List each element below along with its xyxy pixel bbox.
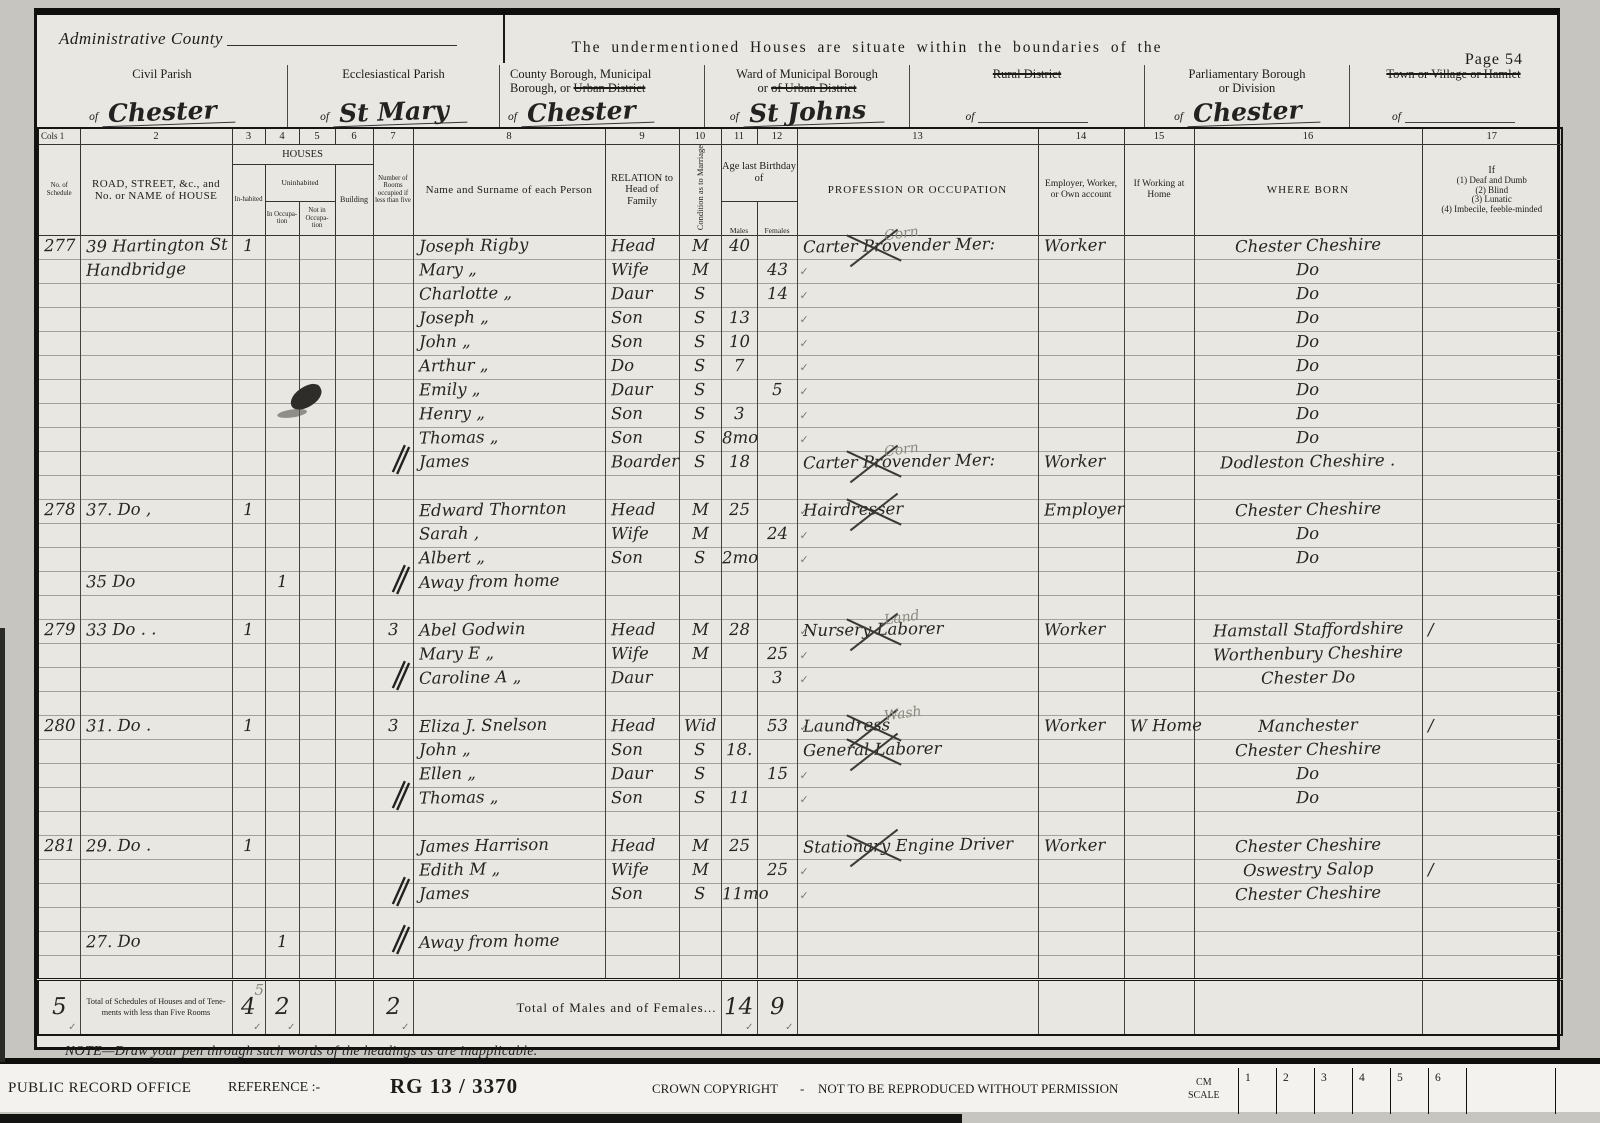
- head-houses: HOUSES: [232, 145, 373, 165]
- cell-where-born: Do: [1194, 379, 1422, 403]
- cell-infirmity: [1422, 763, 1562, 787]
- cell-road: [80, 667, 232, 691]
- cell-relation: [605, 907, 679, 931]
- condition-value: S: [694, 454, 706, 471]
- table-row: 27739 Hartington St1Joseph RigbyHeadM40C…: [38, 235, 1562, 259]
- cell-name: Thomas „: [413, 427, 605, 451]
- cell-infirmity: [1422, 451, 1562, 475]
- cell-road: 33 Do . .: [80, 619, 232, 643]
- cell-condition: [679, 931, 721, 955]
- cell-uninhabited-not: [299, 547, 335, 571]
- cell-home: [1124, 667, 1194, 691]
- cell-name: Mary „: [413, 259, 605, 283]
- cell-occupation: ✓: [797, 283, 1038, 307]
- cell-infirmity: [1422, 595, 1562, 619]
- cell-uninhabited-occ: [265, 595, 299, 619]
- cell-where-born: [1194, 907, 1422, 931]
- cell-age-males: 11mo: [721, 883, 757, 907]
- where-born-value: Do: [1296, 382, 1319, 399]
- cell-employer: [1038, 379, 1124, 403]
- cell-uninhabited-not: [299, 427, 335, 451]
- cell-age-females: [757, 907, 797, 931]
- cell-employer: [1038, 643, 1124, 667]
- pencil-tick: ✓: [800, 505, 809, 518]
- name-value: Mary „: [413, 262, 476, 280]
- cell-home: [1124, 595, 1194, 619]
- cell-uninhabited-occ: [265, 763, 299, 787]
- cell-road: 39 Hartington St: [80, 235, 232, 259]
- cell-inhabited: [232, 259, 265, 283]
- pencil-tick: ✓: [800, 289, 809, 302]
- cell-age-males: [721, 283, 757, 307]
- cell-condition: S: [679, 763, 721, 787]
- rooms-value: 3: [388, 622, 399, 639]
- cell-uninhabited-occ: [265, 883, 299, 907]
- rooms-value: 3: [388, 718, 399, 735]
- cell-age-females: [757, 427, 797, 451]
- cell-uninhabited-occ: [265, 715, 299, 739]
- cell-name: Henry „: [413, 403, 605, 427]
- pencil-tick: ✓: [800, 553, 809, 566]
- cell-rooms: [373, 595, 413, 619]
- table-row: Emily „DaurS5✓Do: [38, 379, 1562, 403]
- cell-home: [1124, 859, 1194, 883]
- cell-name: Joseph „: [413, 307, 605, 331]
- cell-age-males: [721, 763, 757, 787]
- cell-home: [1124, 787, 1194, 811]
- cell-name: [413, 907, 605, 931]
- cell-condition: M: [679, 643, 721, 667]
- where-born-value: Dodleston Cheshire .: [1220, 453, 1395, 473]
- cell-where-born: [1194, 691, 1422, 715]
- field-civil-parish: Civil Parish of Chester: [37, 65, 287, 127]
- head-infirmity: If (1) Deaf and Dumb (2) Blind (3) Lunat…: [1422, 145, 1562, 236]
- infirmity-value: /: [1422, 718, 1433, 735]
- cell-where-born: Dodleston Cheshire .: [1194, 451, 1422, 475]
- cell-name: Sarah ,: [413, 523, 605, 547]
- name-value: Edith M „: [413, 862, 499, 880]
- cell-uninhabited-not: [299, 715, 335, 739]
- cell-occupation: [797, 811, 1038, 835]
- name-value: John „: [413, 334, 470, 351]
- cell-schedule: [38, 811, 80, 835]
- condition-value: M: [691, 838, 708, 855]
- head-building: Building: [335, 165, 373, 236]
- cell-name: Ellen „: [413, 763, 605, 787]
- cell-employer: [1038, 331, 1124, 355]
- occupation-value: Laundress: [797, 718, 889, 736]
- cell-schedule: 277: [38, 235, 80, 259]
- cell-road: [80, 859, 232, 883]
- cell-infirmity: [1422, 499, 1562, 523]
- cell-inhabited: 1: [232, 235, 265, 259]
- cell-uninhabited-not: [299, 283, 335, 307]
- cell-total-females: 9✓: [757, 979, 797, 1035]
- field-ecclesiastical-parish: Ecclesiastical Parish of St Mary: [287, 65, 499, 127]
- cell-building: [335, 427, 373, 451]
- cell-where-born: Worthenbury Cheshire: [1194, 643, 1422, 667]
- cell-home: W Home: [1124, 715, 1194, 739]
- cell-relation: Son: [605, 403, 679, 427]
- cell-age-females: [757, 739, 797, 763]
- cell-infirmity: [1422, 883, 1562, 907]
- relation-value: Wife: [605, 526, 648, 543]
- cell-inhabited: [232, 427, 265, 451]
- infirmity-item-3: (3) Lunatic: [1472, 194, 1512, 204]
- cell-employer: [1038, 907, 1124, 931]
- colnum-4: 4: [265, 128, 299, 145]
- scan-bottom-bar: [0, 1114, 962, 1123]
- employer-value: Worker: [1038, 838, 1105, 856]
- road-value: 33 Do . .: [80, 622, 156, 640]
- table-row: [38, 475, 1562, 499]
- cell-home: [1124, 883, 1194, 907]
- table-row: Albert „SonS2mo✓Do: [38, 547, 1562, 571]
- cell-uninhabited-occ: [265, 955, 299, 979]
- cell-age-males: [721, 523, 757, 547]
- cell-uninhabited-not: [299, 667, 335, 691]
- town-village-label: Town or Village or Hamlet: [1386, 67, 1520, 81]
- road-value: 37. Do ,: [80, 502, 150, 520]
- cell-relation: Boarder: [605, 451, 679, 475]
- cell-name: [413, 811, 605, 835]
- cell-age-females: 5: [757, 379, 797, 403]
- colnum-11: 11: [721, 128, 757, 145]
- colnum-3: 3: [232, 128, 265, 145]
- cell-building: [335, 571, 373, 595]
- cell-occupation: Laundress✓Wash: [797, 715, 1038, 739]
- cell-uninhabited-occ: [265, 331, 299, 355]
- cell-uninhabited-occ: [265, 451, 299, 475]
- pencil-tick: ✓: [800, 361, 809, 374]
- relation-value: Head: [605, 622, 655, 639]
- cell-occupation: ✓: [797, 547, 1038, 571]
- uninhabited-occ-value: 1: [277, 934, 288, 951]
- cell-inhabited: 1: [232, 499, 265, 523]
- cell-relation: Son: [605, 331, 679, 355]
- employer-value: Worker: [1038, 238, 1105, 256]
- cell-infirmity: [1422, 643, 1562, 667]
- ecclesiastical-parish-value: St Mary: [333, 97, 468, 128]
- cell-inhabited: 1: [232, 835, 265, 859]
- cell-uninhabited-occ: 1: [265, 571, 299, 595]
- pencil-tick: ✓: [68, 1022, 76, 1033]
- age-males-value: 3: [734, 406, 745, 423]
- table-row: Ellen „DaurS15✓Do: [38, 763, 1562, 787]
- ruler-cell-end: [1466, 1068, 1556, 1114]
- cell-age-males: [721, 691, 757, 715]
- occupation-value: Stationary Engine Driver: [797, 836, 1012, 856]
- cell-rooms: [373, 331, 413, 355]
- condition-value: M: [691, 238, 708, 255]
- cell-road: [80, 283, 232, 307]
- census-body: 27739 Hartington St1Joseph RigbyHeadM40C…: [38, 235, 1562, 979]
- county-borough-label-struck: Urban District: [574, 81, 646, 95]
- cell-rooms: [373, 235, 413, 259]
- cell-inhabited: [232, 883, 265, 907]
- table-row: Edith M „WifeM25✓Oswestry Salop/: [38, 859, 1562, 883]
- colnum-9: 9: [605, 128, 679, 145]
- pencil-tick: ✓: [800, 865, 809, 878]
- cell-schedule: [38, 883, 80, 907]
- cell-age-males: 11: [721, 787, 757, 811]
- totals-row: 5✓ Total of Schedules of Houses and of T…: [38, 979, 1562, 1035]
- cell-uninhabited-not: [299, 499, 335, 523]
- table-row: Henry „SonS3✓Do: [38, 403, 1562, 427]
- cell-name: John „: [413, 739, 605, 763]
- cell-age-males: 2mo: [721, 547, 757, 571]
- relation-value: Wife: [605, 862, 648, 879]
- cell-where-born: Hamstall Staffordshire: [1194, 619, 1422, 643]
- cell-where-born: Do: [1194, 283, 1422, 307]
- head-not-occupation: Not in Occupa- tion: [299, 201, 335, 235]
- cell-age-females: 24: [757, 523, 797, 547]
- cell-schedule: [38, 451, 80, 475]
- field-town-village: Town or Village or Hamlet of: [1349, 65, 1557, 127]
- of-label: of: [508, 111, 517, 123]
- condition-value: M: [691, 622, 708, 639]
- cell-road: [80, 955, 232, 979]
- age-males-value: 18.: [726, 742, 753, 759]
- cell-relation: Son: [605, 427, 679, 451]
- cell-condition: [679, 955, 721, 979]
- cell-uninhabited-occ: [265, 667, 299, 691]
- where-born-value: Do: [1296, 406, 1319, 423]
- colnum-2: 2: [80, 128, 232, 145]
- occupation-value: General Laborer: [797, 741, 941, 760]
- census-page: Administrative County The undermentioned…: [34, 8, 1560, 1050]
- relation-value: Boarder: [605, 454, 678, 472]
- cell-infirmity: [1422, 235, 1562, 259]
- parliamentary-value: Chester: [1187, 97, 1321, 128]
- pencil-tick: ✓: [800, 433, 809, 446]
- head-name: Name and Surname of each Person: [413, 145, 605, 236]
- road-value: 29. Do .: [80, 838, 150, 856]
- cell-infirmity: /: [1422, 619, 1562, 643]
- parliamentary-label-1: Parliamentary Borough: [1189, 67, 1306, 81]
- uninhabited-occ-value: 1: [277, 574, 288, 591]
- cell-infirmity: [1422, 283, 1562, 307]
- cell-schedule: [38, 667, 80, 691]
- town-village-blank: [1405, 122, 1515, 123]
- cell-infirmity: [1422, 427, 1562, 451]
- pencil-tick: ✓: [800, 337, 809, 350]
- head-relation: RELATION to Head of Family: [605, 145, 679, 236]
- cell-schedule: 279: [38, 619, 80, 643]
- cell-road: 37. Do ,: [80, 499, 232, 523]
- where-born-value: Chester Cheshire: [1235, 885, 1381, 904]
- cell-schedule: [38, 379, 80, 403]
- age-males-value: 11: [728, 790, 749, 807]
- condition-value: S: [694, 742, 706, 759]
- condition-value: S: [694, 886, 706, 903]
- cell-rooms: [373, 379, 413, 403]
- table-row: Thomas „SonS8mo✓Do: [38, 427, 1562, 451]
- cell-building: [335, 619, 373, 643]
- cell-inhabited: [232, 931, 265, 955]
- name-value: Joseph „: [413, 310, 488, 328]
- cell-employer: [1038, 763, 1124, 787]
- cell-uninhabited-not: [299, 619, 335, 643]
- infirmity-item-2: (2) Blind: [1475, 185, 1508, 195]
- cell-road: [80, 379, 232, 403]
- employer-value: Worker: [1038, 718, 1105, 736]
- cell-occupation: Stationary Engine Driver: [797, 835, 1038, 859]
- age-males-value: 25: [728, 838, 749, 855]
- ruler-cell: 6: [1428, 1068, 1466, 1114]
- rural-district-label: Rural District: [993, 67, 1061, 81]
- cell-relation: Do: [605, 355, 679, 379]
- cell-inhabited: [232, 571, 265, 595]
- cell-road: [80, 547, 232, 571]
- relation-value: Son: [605, 886, 642, 903]
- cell-home: [1124, 427, 1194, 451]
- cell-name: Eliza J. Snelson: [413, 715, 605, 739]
- cell-building: [335, 235, 373, 259]
- administrative-county-box: Administrative County: [37, 15, 505, 63]
- cell-road: 29. Do .: [80, 835, 232, 859]
- cell-road: [80, 355, 232, 379]
- cell-total-rooms: 2✓: [373, 979, 413, 1035]
- cell-road: [80, 643, 232, 667]
- cell-age-females: 3: [757, 667, 797, 691]
- schedule-value: 281: [39, 838, 76, 855]
- cell-age-males: [721, 931, 757, 955]
- road-value: 31. Do .: [80, 718, 150, 736]
- relation-value: Head: [605, 718, 655, 735]
- cell-infirmity: /: [1422, 859, 1562, 883]
- cell-age-females: [757, 331, 797, 355]
- age-females-value: 5: [772, 382, 783, 399]
- where-born-value: Chester Cheshire: [1235, 741, 1381, 760]
- cell-condition: M: [679, 235, 721, 259]
- cell-age-females: [757, 355, 797, 379]
- cell-road: [80, 427, 232, 451]
- cell-building: [335, 283, 373, 307]
- footer-dash: -: [800, 1081, 804, 1097]
- cell-rooms: [373, 259, 413, 283]
- cell-age-females: [757, 451, 797, 475]
- cell-condition: M: [679, 523, 721, 547]
- cell-uninhabited-occ: [265, 811, 299, 835]
- table-row: Thomas „∥SonS11✓Do: [38, 787, 1562, 811]
- cell-where-born: Do: [1194, 523, 1422, 547]
- cell-inhabited: [232, 403, 265, 427]
- cell-condition: S: [679, 307, 721, 331]
- field-ward: Ward of Municipal Borough or of Urban Di…: [704, 65, 909, 127]
- field-rural-district: Rural District of: [909, 65, 1144, 127]
- cell-name: Away from home∥: [413, 571, 605, 595]
- cell-uninhabited-occ: [265, 859, 299, 883]
- cell-inhabited: [232, 451, 265, 475]
- cell-uninhabited-not: [299, 883, 335, 907]
- cell-inhabited: [232, 595, 265, 619]
- cell-building: [335, 691, 373, 715]
- where-born-value: Do: [1296, 286, 1319, 303]
- cell-age-females: [757, 571, 797, 595]
- cell-condition: M: [679, 835, 721, 859]
- reference-label: REFERENCE :-: [228, 1080, 320, 1096]
- cell-age-males: [721, 859, 757, 883]
- cell-age-females: [757, 403, 797, 427]
- relation-value: Daur: [605, 766, 652, 783]
- cell-schedule: [38, 571, 80, 595]
- cell-building: [335, 307, 373, 331]
- cell-uninhabited-not: [299, 739, 335, 763]
- cell-schedule: [38, 859, 80, 883]
- condition-value: Wid: [684, 718, 717, 735]
- age-males-value: 13: [728, 310, 749, 327]
- cell-rooms: [373, 955, 413, 979]
- name-value: Henry „: [413, 406, 484, 424]
- cell-rooms: [373, 499, 413, 523]
- relation-value: Son: [605, 742, 642, 759]
- footnote: NOTE—Draw your pen through such words of…: [37, 1036, 1557, 1060]
- cell-uninhabited-occ: [265, 523, 299, 547]
- cell-employer: [1038, 883, 1124, 907]
- cell-age-males: 3: [721, 403, 757, 427]
- cell-building: [335, 475, 373, 499]
- district-fields-row: Civil Parish of Chester Ecclesiastical P…: [37, 65, 1557, 127]
- cell-age-females: [757, 931, 797, 955]
- cell-schedule: [38, 331, 80, 355]
- schedule-value: 279: [39, 622, 76, 639]
- condition-value: S: [694, 550, 706, 567]
- road-value: 39 Hartington St: [80, 237, 227, 256]
- cell-employer: [1038, 355, 1124, 379]
- cell-where-born: Manchester: [1194, 715, 1422, 739]
- cell-condition: S: [679, 355, 721, 379]
- of-label: of: [89, 111, 98, 123]
- cell-condition: [679, 475, 721, 499]
- cell-where-born: [1194, 955, 1422, 979]
- cell-relation: Wife: [605, 643, 679, 667]
- cell-age-males: 13: [721, 307, 757, 331]
- name-value: Charlotte „: [413, 285, 511, 303]
- cell-condition: S: [679, 547, 721, 571]
- cell-home: [1124, 283, 1194, 307]
- pencil-tick: ✓: [800, 625, 809, 638]
- infirmity-value: /: [1422, 622, 1433, 639]
- cell-age-females: [757, 691, 797, 715]
- cell-home: [1124, 691, 1194, 715]
- cell-uninhabited-occ: [265, 643, 299, 667]
- inhabited-value: 1: [243, 502, 254, 519]
- cell-condition: S: [679, 283, 721, 307]
- cell-occupation: [797, 931, 1038, 955]
- where-born-value: Do: [1296, 526, 1319, 543]
- name-value: Sarah ,: [413, 526, 478, 544]
- cell-relation: Son: [605, 883, 679, 907]
- cell-relation: Son: [605, 739, 679, 763]
- cell-home: [1124, 643, 1194, 667]
- cell-home: [1124, 739, 1194, 763]
- cell-condition: [679, 691, 721, 715]
- cell-condition: [679, 595, 721, 619]
- cell-schedule: 281: [38, 835, 80, 859]
- table-row: [38, 595, 1562, 619]
- name-value: Abel Godwin: [413, 621, 525, 639]
- cell-infirmity: [1422, 403, 1562, 427]
- cell-occupation: ✓: [797, 787, 1038, 811]
- cell-empty: [797, 979, 1038, 1035]
- cell-condition: M: [679, 859, 721, 883]
- cell-relation: Head: [605, 499, 679, 523]
- cell-condition: S: [679, 379, 721, 403]
- table-row: Sarah ,WifeM24✓Do: [38, 523, 1562, 547]
- cell-infirmity: [1422, 475, 1562, 499]
- cell-building: [335, 595, 373, 619]
